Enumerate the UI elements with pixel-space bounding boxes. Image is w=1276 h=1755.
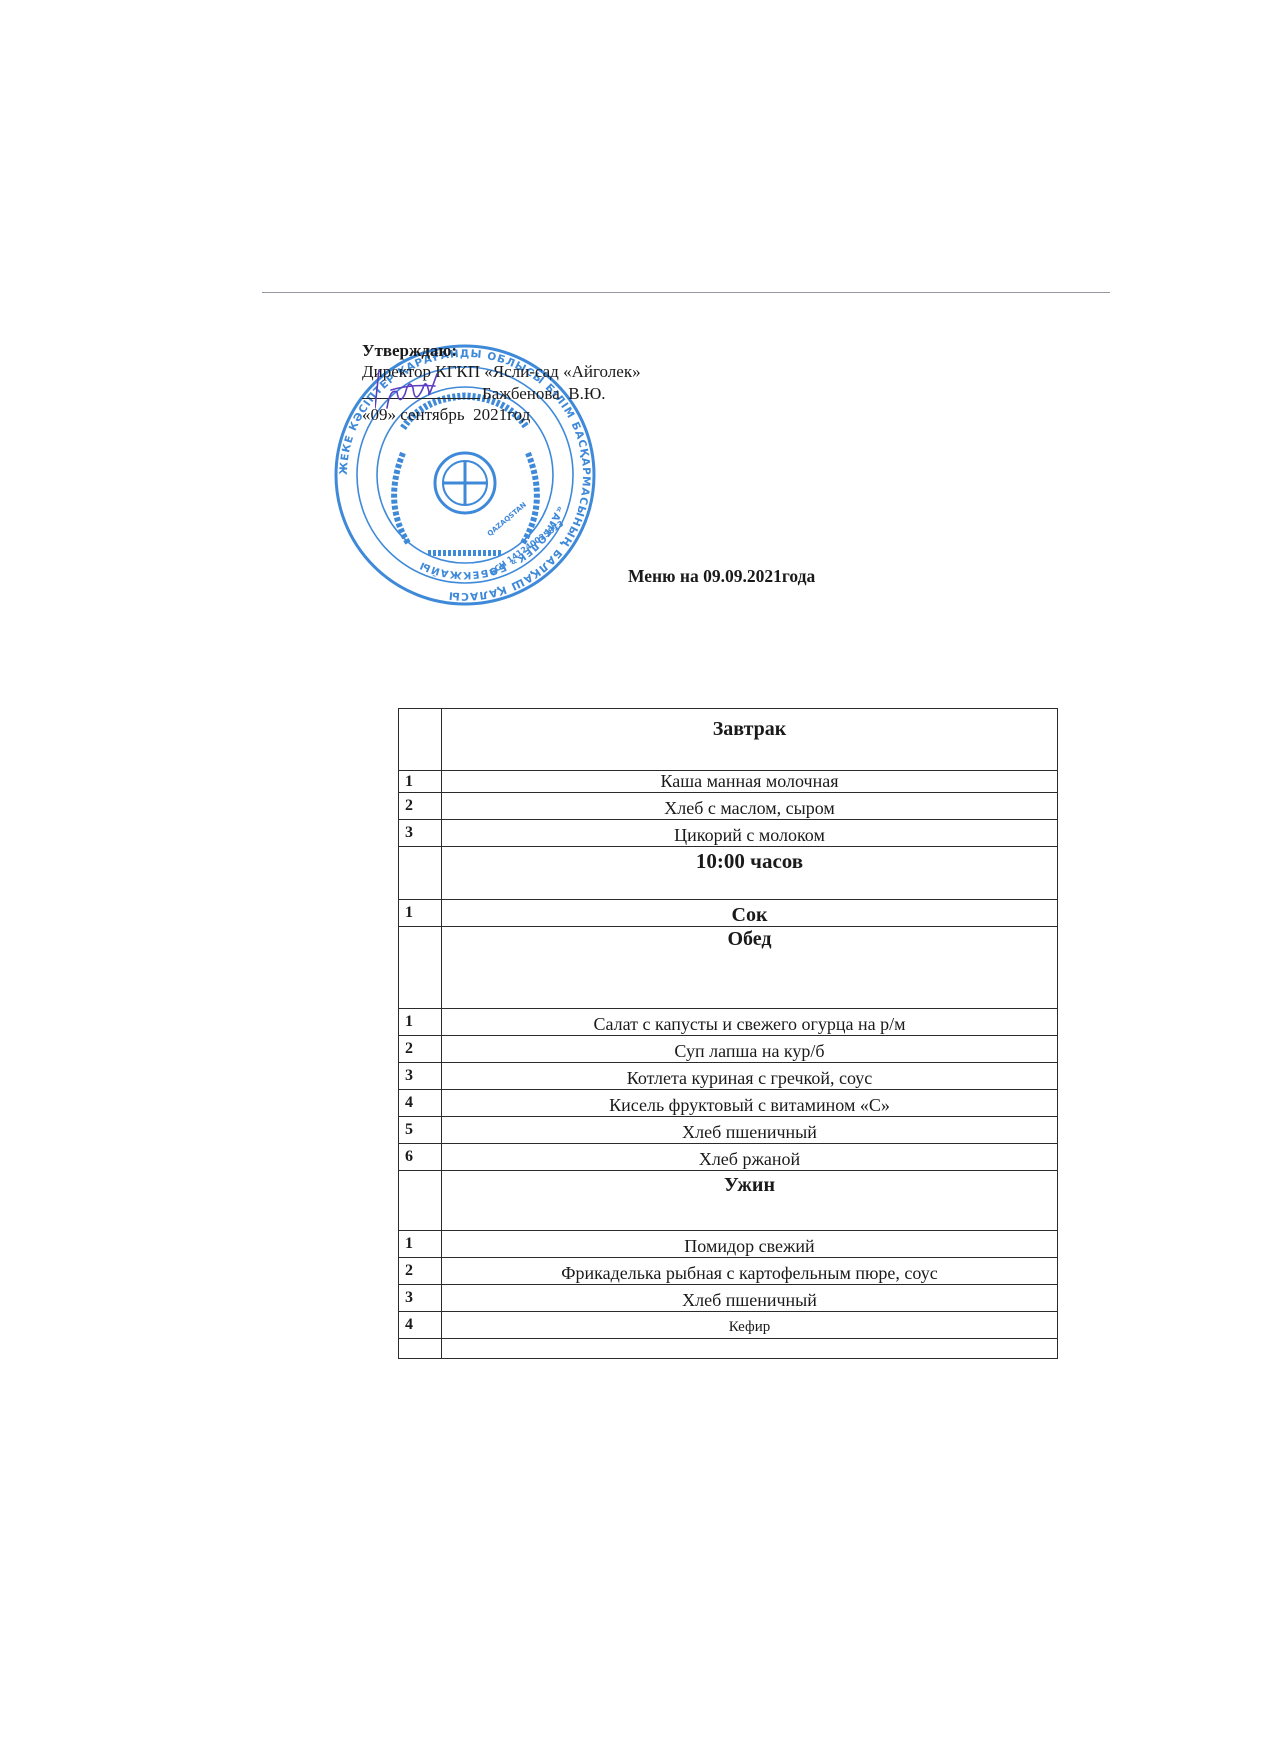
section-title: 10:00 часов bbox=[442, 847, 1058, 900]
item-name: Суп лапша на кур/б bbox=[442, 1036, 1058, 1063]
menu-item-row: 1Помидор свежий bbox=[399, 1231, 1058, 1258]
menu-item-row: 1Салат с капусты и свежего огурца на р/м bbox=[399, 1009, 1058, 1036]
item-name: Хлеб ржаной bbox=[442, 1144, 1058, 1171]
item-number: 4 bbox=[399, 1090, 442, 1117]
item-number: 6 bbox=[399, 1144, 442, 1171]
item-number: 1 bbox=[399, 771, 442, 793]
menu-item-row: 4Кефир bbox=[399, 1312, 1058, 1339]
section-title: Завтрак bbox=[442, 709, 1058, 771]
section-header-row: Обед bbox=[399, 927, 1058, 1009]
item-name: Сок bbox=[442, 900, 1058, 927]
item-name: Хлеб с маслом, сыром bbox=[442, 793, 1058, 820]
section-header-row: Ужин bbox=[399, 1171, 1058, 1231]
handwritten-signature bbox=[375, 368, 445, 428]
menu-item-row: 1Каша манная молочная bbox=[399, 771, 1058, 793]
menu-item-row: 5Хлеб пшеничный bbox=[399, 1117, 1058, 1144]
menu-item-row: 1Сок bbox=[399, 900, 1058, 927]
item-name: Хлеб пшеничный bbox=[442, 1117, 1058, 1144]
item-number: 5 bbox=[399, 1117, 442, 1144]
item-number: 2 bbox=[399, 1036, 442, 1063]
item-name: Хлеб пшеничный bbox=[442, 1285, 1058, 1312]
item-number: 1 bbox=[399, 1231, 442, 1258]
item-number: 3 bbox=[399, 1285, 442, 1312]
blank-row bbox=[399, 1339, 1058, 1359]
menu-item-row: 6Хлеб ржаной bbox=[399, 1144, 1058, 1171]
menu-item-row: 3Хлеб пшеничный bbox=[399, 1285, 1058, 1312]
menu-item-row: 2Суп лапша на кур/б bbox=[399, 1036, 1058, 1063]
approval-signer: Бажбенова В.Ю. bbox=[482, 384, 606, 403]
section-header-row: Завтрак bbox=[399, 709, 1058, 771]
section-title: Ужин bbox=[442, 1171, 1058, 1231]
blank-number-cell bbox=[399, 1339, 442, 1359]
item-name: Кисель фруктовый с витамином «С» bbox=[442, 1090, 1058, 1117]
section-header-row: 10:00 часов bbox=[399, 847, 1058, 900]
menu-item-row: 3Котлета куриная с гречкой, соус bbox=[399, 1063, 1058, 1090]
item-number: 1 bbox=[399, 1009, 442, 1036]
item-name: Цикорий с молоком bbox=[442, 820, 1058, 847]
svg-text:QAZAQSTAN: QAZAQSTAN bbox=[486, 501, 528, 538]
item-number: 3 bbox=[399, 820, 442, 847]
menu-table: Завтрак1Каша манная молочная2Хлеб с масл… bbox=[398, 708, 1058, 1359]
item-number: 2 bbox=[399, 793, 442, 820]
approval-title: Утверждаю: bbox=[362, 340, 641, 361]
section-number-cell bbox=[399, 1171, 442, 1231]
item-name: Помидор свежий bbox=[442, 1231, 1058, 1258]
menu-item-row: 3Цикорий с молоком bbox=[399, 820, 1058, 847]
item-number: 1 bbox=[399, 900, 442, 927]
menu-item-row: 2Хлеб с маслом, сыром bbox=[399, 793, 1058, 820]
item-number: 2 bbox=[399, 1258, 442, 1285]
top-rule bbox=[262, 292, 1110, 293]
item-number: 3 bbox=[399, 1063, 442, 1090]
section-number-cell bbox=[399, 927, 442, 1009]
item-name: Салат с капусты и свежего огурца на р/м bbox=[442, 1009, 1058, 1036]
item-number: 4 bbox=[399, 1312, 442, 1339]
menu-item-row: 4Кисель фруктовый с витамином «С» bbox=[399, 1090, 1058, 1117]
item-name: Фрикаделька рыбная с картофельным пюре, … bbox=[442, 1258, 1058, 1285]
item-name: Котлета куриная с гречкой, соус bbox=[442, 1063, 1058, 1090]
blank-name-cell bbox=[442, 1339, 1058, 1359]
menu-item-row: 2Фрикаделька рыбная с картофельным пюре,… bbox=[399, 1258, 1058, 1285]
item-name: Кефир bbox=[442, 1312, 1058, 1339]
section-number-cell bbox=[399, 847, 442, 900]
section-title: Обед bbox=[442, 927, 1058, 1009]
section-number-cell bbox=[399, 709, 442, 771]
item-name: Каша манная молочная bbox=[442, 771, 1058, 793]
menu-title: Меню на 09.09.2021года bbox=[628, 566, 815, 587]
